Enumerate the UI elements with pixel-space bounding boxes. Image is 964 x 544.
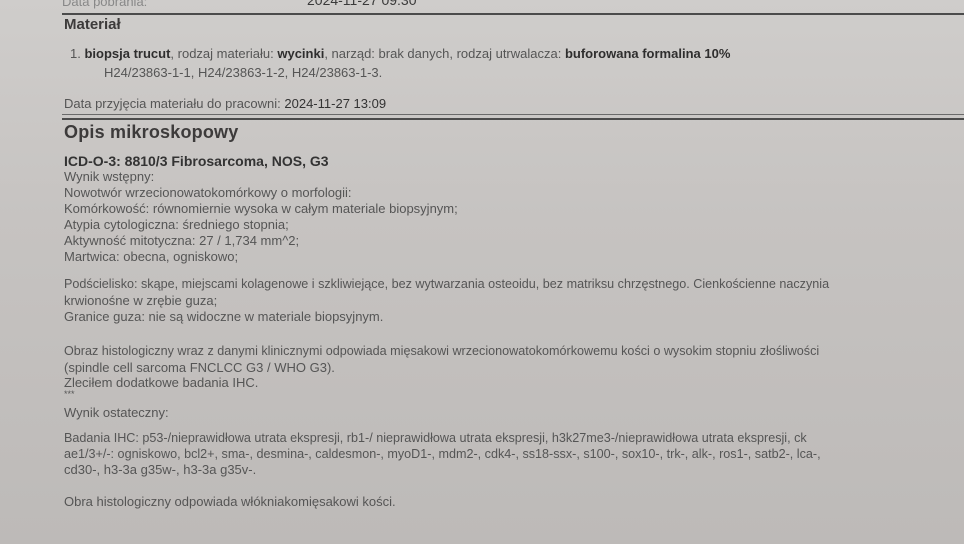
material-organ-fixative-label: , narząd: brak danych, rodzaj utrwalacza… bbox=[324, 46, 565, 61]
collection-date-label: Data pobrania: bbox=[62, 0, 147, 9]
divider bbox=[62, 114, 964, 115]
ihc-line: Badania IHC: p53-/nieprawidłowa utrata e… bbox=[64, 431, 807, 445]
received-date-value: 2024-11-27 13:09 bbox=[284, 96, 386, 111]
final-conclusion: Obra histologiczny odpowiada włókniakomi… bbox=[64, 494, 396, 509]
report-line: Aktywność mitotyczna: 27 / 1,734 mm^2; bbox=[64, 233, 299, 248]
report-line: Podścielisko: skąpe, miejscami kolagenow… bbox=[64, 277, 829, 291]
report-line: Nowotwór wrzecionowatokomórkowy o morfol… bbox=[64, 185, 352, 200]
report-line: Granice guza: nie są widoczne w material… bbox=[64, 309, 383, 324]
material-item-name: biopsja trucut bbox=[84, 46, 170, 61]
report-line: Martwica: obecna, ogniskowo; bbox=[64, 249, 238, 264]
microscopy-section-title: Opis mikroskopowy bbox=[64, 122, 238, 143]
report-header-row: Data pobrania: 2024-11-27 09:30 bbox=[0, 0, 964, 12]
report-line: Komórkowość: równomiernie wysoka w całym… bbox=[64, 201, 458, 216]
report-line: (spindle cell sarcoma FNCLCC G3 / WHO G3… bbox=[64, 360, 335, 375]
divider bbox=[62, 118, 964, 120]
separator-stars: *** bbox=[64, 389, 75, 399]
final-result-label: Wynik ostateczny: bbox=[64, 405, 169, 420]
report-line: Atypia cytologiczna: średniego stopnia; bbox=[64, 217, 289, 232]
received-date-line: Data przyjęcia materiału do pracowni: 20… bbox=[64, 96, 386, 111]
sample-ids: H24/23863-1-1, H24/23863-1-2, H24/23863-… bbox=[104, 65, 382, 80]
material-type-label: , rodzaj materiału: bbox=[170, 46, 277, 61]
pathology-report-page: Data pobrania: 2024-11-27 09:30 Materiał… bbox=[0, 0, 964, 544]
material-type-value: wycinki bbox=[277, 46, 324, 61]
ihc-line: ae1/3+/-: ogniskowo, bcl2+, sma-, desmin… bbox=[64, 447, 821, 461]
material-fixative-value: buforowana formalina 10% bbox=[565, 46, 730, 61]
material-section-title: Materiał bbox=[64, 16, 121, 33]
report-line: Zleciłem dodatkowe badania IHC. bbox=[64, 375, 258, 390]
collection-date-value: 2024-11-27 09:30 bbox=[307, 0, 417, 8]
ihc-line: cd30-, h3-3a g35w-, h3-3a g35v-. bbox=[64, 462, 256, 477]
received-date-label: Data przyjęcia materiału do pracowni: bbox=[64, 96, 284, 111]
material-item-number: 1. bbox=[70, 46, 81, 61]
icd-diagnosis: ICD-O-3: 8810/3 Fibrosarcoma, NOS, G3 bbox=[64, 153, 329, 169]
material-item: 1. biopsja trucut, rodzaj materiału: wyc… bbox=[70, 46, 730, 61]
report-line: krwionośne w zrębie guza; bbox=[64, 293, 217, 308]
divider bbox=[62, 13, 964, 15]
report-line: Obraz histologiczny wraz z danymi klinic… bbox=[64, 344, 819, 358]
preliminary-result-label: Wynik wstępny: bbox=[64, 169, 154, 184]
